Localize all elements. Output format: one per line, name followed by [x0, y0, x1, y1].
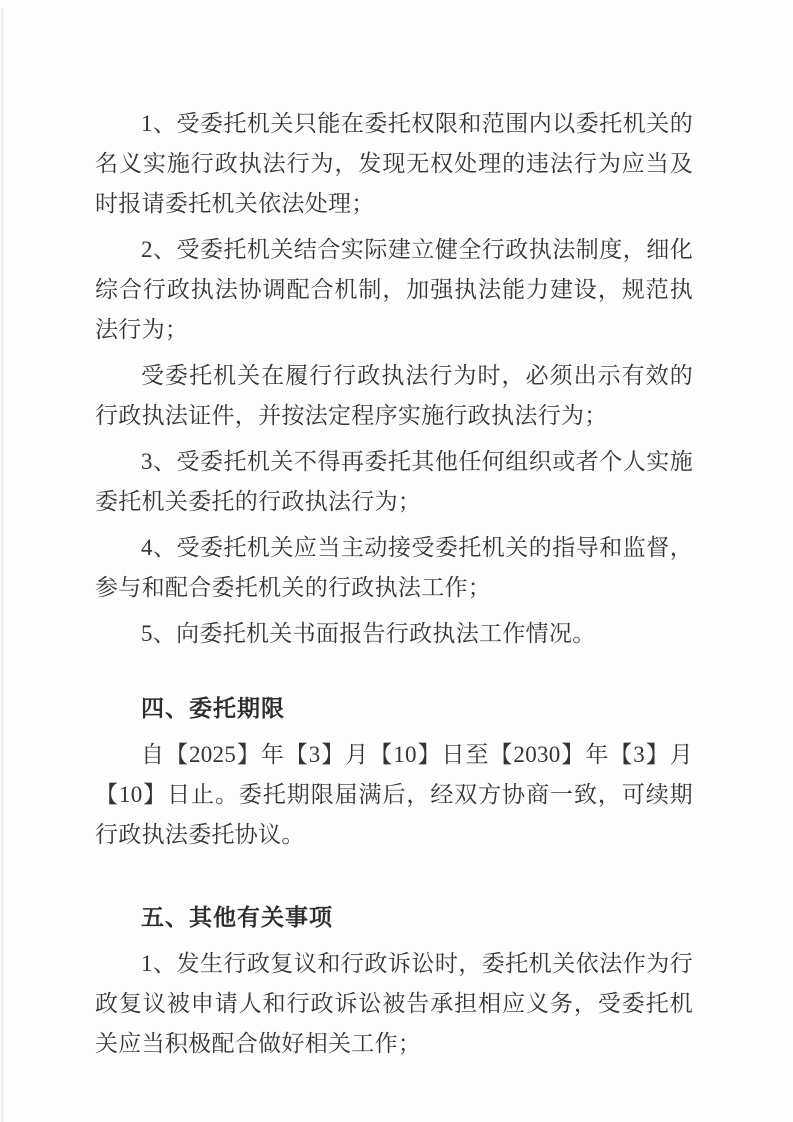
document-content: 1、受委托机关只能在委托权限和范围内以委托机关的名义实施行政执法行为，发现无权处… [95, 104, 693, 1070]
obligation-item-3: 3、受委托机关不得再委托其他任何组织或者个人实施委托机关委托的行政执法行为； [95, 442, 693, 522]
section-five-heading: 五、其他有关事项 [95, 897, 693, 937]
scan-edge-artifact [1, 8, 4, 1122]
section-four-heading: 四、委托期限 [95, 688, 693, 728]
document-page: 1、受委托机关只能在委托权限和范围内以委托机关的名义实施行政执法行为，发现无权处… [0, 0, 793, 1122]
section-four-paragraph: 自【2025】年【3】月【10】日至【2030】年【3】月【10】日止。委托期限… [95, 735, 693, 855]
obligation-item-4: 4、受委托机关应当主动接受委托机关的指导和监督，参与和配合委托机关的行政执法工作… [95, 528, 693, 608]
obligation-item-2: 2、受委托机关结合实际建立健全行政执法制度，细化综合行政执法协调配合机制，加强执… [95, 230, 693, 350]
obligation-item-5: 5、向委托机关书面报告行政执法工作情况。 [95, 614, 693, 654]
section-five-paragraph: 1、发生行政复议和行政诉讼时，委托机关依法作为行政复议被申请人和行政诉讼被告承担… [95, 944, 693, 1064]
obligation-item-1: 1、受委托机关只能在委托权限和范围内以委托机关的名义实施行政执法行为，发现无权处… [95, 104, 693, 224]
obligation-item-2-sub: 受委托机关在履行行政执法行为时，必须出示有效的行政执法证件，并按法定程序实施行政… [95, 356, 693, 436]
